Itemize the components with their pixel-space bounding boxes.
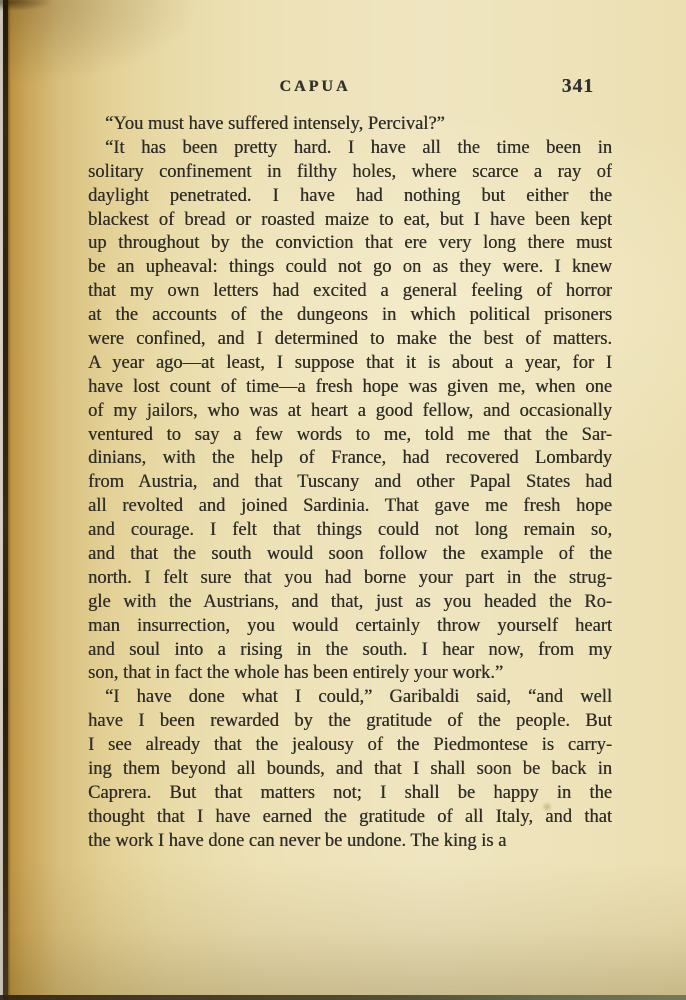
paragraph: “It has been pretty hard. I have all the… (88, 137, 612, 686)
text-line: I see already that the jealousy of the P… (88, 734, 612, 758)
text-block: “You must have suffered intensely, Perci… (88, 113, 612, 854)
text-line: dinians, with the help of France, had re… (88, 447, 612, 471)
bottom-page-edge-line (0, 995, 686, 1000)
text-line: “It has been pretty hard. I have all the… (88, 137, 612, 161)
text-line: from Austria, and that Tuscany and other… (88, 471, 612, 495)
text-line: at the accounts of the dungeons in which… (88, 304, 612, 328)
corner-smudge (0, 0, 70, 14)
text-line: north. I felt sure that you had borne yo… (88, 567, 612, 591)
text-line: all revolted and joined Sardinia. That g… (88, 495, 612, 519)
text-line: Caprera. But that matters not; I shall b… (88, 782, 612, 806)
text-line: thought that I have earned the gratitude… (88, 806, 612, 830)
paragraph: “I have done what I could,” Garibaldi sa… (88, 686, 612, 853)
text-line: were confined, and I determined to make … (88, 328, 612, 352)
text-line: have I been rewarded by the gratitude of… (88, 710, 612, 734)
text-line: blackest of bread or roasted maize to ea… (88, 209, 612, 233)
text-line: A year ago—at least, I suppose that it i… (88, 352, 612, 376)
text-line: have lost count of time—a fresh hope was… (88, 376, 612, 400)
page-header: CAPUA 341 (88, 76, 612, 100)
text-line: ing them beyond all bounds, and that I s… (88, 758, 612, 782)
text-line: up throughout by the conviction that ere… (88, 232, 612, 256)
chapter-running-title: CAPUA (88, 78, 542, 96)
paragraph: “You must have suffered intensely, Perci… (88, 113, 612, 137)
text-line: man insurrection, you would certainly th… (88, 615, 612, 639)
text-line: ventured to say a few words to me, told … (88, 424, 612, 448)
text-line: and that the south would soon follow the… (88, 543, 612, 567)
text-line: son, that in fact the whole has been ent… (88, 662, 612, 686)
text-line: “You must have suffered intensely, Perci… (88, 113, 612, 137)
binding-edge-line (3, 0, 8, 1000)
text-line: and soul into a rising in the south. I h… (88, 639, 612, 663)
text-line: that my own letters had excited a genera… (88, 280, 612, 304)
text-line: solitary confinement in filthy holes, wh… (88, 161, 612, 185)
text-line: daylight penetrated. I have had nothing … (88, 185, 612, 209)
text-line: of my jailors, who was at heart a good f… (88, 400, 612, 424)
text-line: gle with the Austrians, and that, just a… (88, 591, 612, 615)
text-line: be an upheaval: things could not go on a… (88, 256, 612, 280)
text-line: the work I have done can never be undone… (88, 830, 612, 854)
page-number: 341 (562, 76, 594, 98)
book-page-scan: CAPUA 341 “You must have suffered intens… (0, 0, 686, 1000)
text-line: “I have done what I could,” Garibaldi sa… (88, 686, 612, 710)
text-line: and courage. I felt that things could no… (88, 519, 612, 543)
